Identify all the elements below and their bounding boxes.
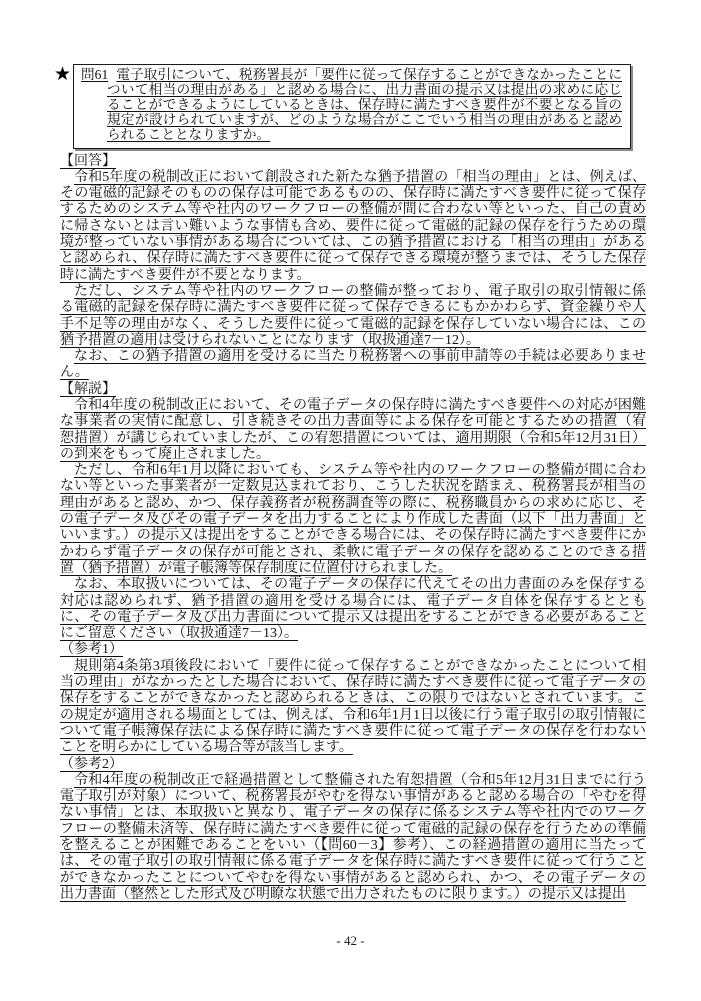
answer-paragraph-2: ただし、システム等や社内のワークフローの整備が整っており、電子取引の取引情報に係… [60,284,646,349]
question-text: 問61電子取引について、税務署長が「要件に従って保存することができなかったことに… [81,68,622,143]
question-body-text: 電子取引について、税務署長が「要件に従って保存することができなかったことについて… [107,67,622,142]
reference1-paragraph-1: 規則第4条第3項後段において「要件に従って保存することができなかったことについて… [60,659,646,757]
answer-paragraph-1: 令和5年度の税制改正において創設された新たな猶予措置の「相当の理由」とは、例えば… [60,170,646,284]
document-page: { "page": { "star": "★", "footer_page_nu… [0,0,701,1001]
explanation-section: 【解説】 令和4年度の税制改正において、その電子データの保存時に満たすべき要件へ… [60,382,646,643]
explanation-paragraph-2: ただし、令和6年1月以降においても、システム等や社内のワークフローの整備が間に合… [60,463,646,577]
explanation-paragraph-1: 令和4年度の税制改正において、その電子データの保存時に満たすべき要件への対応が困… [60,398,646,463]
reference2-paragraph-1: 令和4年度の税制改正で経過措置として整備された宥恕措置（令和5年12月31日まで… [60,773,646,903]
star-icon: ★ [54,65,71,84]
explanation-heading: 【解説】 [60,382,646,398]
answer-heading: 【回答】 [60,154,646,170]
question-number-label: 問61 [81,67,108,82]
answer-section: 【回答】 令和5年度の税制改正において創設された新たな猶予措置の「相当の理由」と… [60,154,646,382]
reference1-heading: （参考1） [60,642,646,658]
answer-paragraph-3: なお、この猶予措置の適用を受けるに当たり税務署への事前申請等の手続は必要ありませ… [60,349,646,382]
question-box: 問61電子取引について、税務署長が「要件に従って保存することができなかったことに… [73,64,631,149]
page-content: ★ 問61電子取引について、税務署長が「要件に従って保存することができなかったこ… [60,64,646,903]
reference2-heading: （参考2） [60,757,646,773]
reference1-section: （参考1） 規則第4条第3項後段において「要件に従って保存することができなかった… [60,642,646,756]
page-number: - 42 - [0,933,701,949]
question-section: ★ 問61電子取引について、税務署長が「要件に従って保存することができなかったこ… [60,64,646,149]
reference2-section: （参考2） 令和4年度の税制改正で経過措置として整備された宥恕措置（令和5年12… [60,757,646,904]
explanation-paragraph-3: なお、本取扱いについては、その電子データの保存に代えてその出力書面のみを保存する… [60,577,646,642]
